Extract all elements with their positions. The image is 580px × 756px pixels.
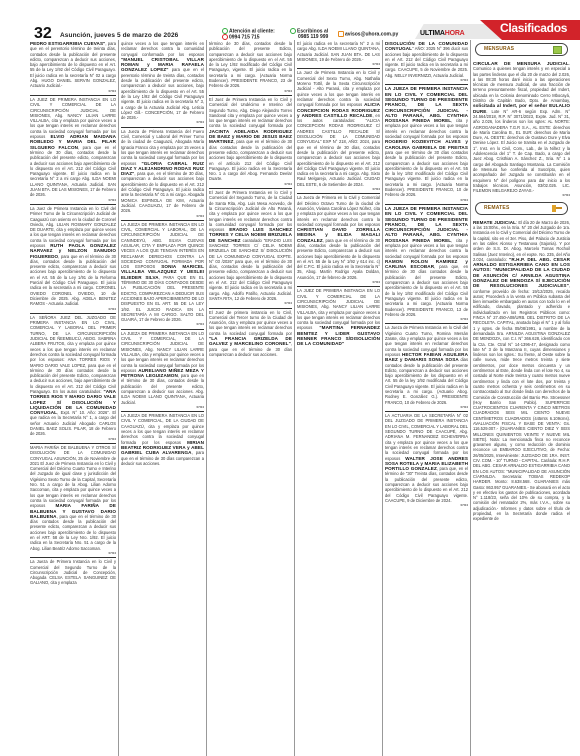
section-header-remates: REMATES xyxy=(475,202,568,215)
legal-notice: LA JUEZ DE PRIMERA INSTANCIA EN LO CIVIL… xyxy=(30,95,116,203)
column-5: DISOLUCIÓN DE LA COMUNIDAD CONYUGAL" AÑO… xyxy=(382,40,468,756)
whatsapp-icon xyxy=(290,28,296,34)
page-header: 32 Asunción, jueves 5 de marzo de 2026 A… xyxy=(0,0,580,38)
legal-notice: La Jueza de Primera en lo Civil y Comerc… xyxy=(297,193,380,285)
customer-service-contact[interactable]: Atención al cliente: 0994 715 715 xyxy=(222,28,275,41)
column-2: quince veces a los que tengan interés en… xyxy=(118,40,204,756)
page-number: 32 xyxy=(34,27,52,41)
column-6: MENSURAS CIRCULAR DE MENSURA JUDICIAL. C… xyxy=(470,40,570,756)
whatsapp-contact[interactable]: Escribinos al 0985 119 999 xyxy=(290,28,328,40)
section-title: Clasificados xyxy=(500,21,567,35)
classifieds-columns: PEDRO ESTIGARRIBIA CUEVAS", para que en … xyxy=(30,40,580,756)
auction-notice: REMATE JUDICIAL: El día 20 de Marzo de 2… xyxy=(473,219,570,522)
legal-notice: PEDRO ESTIGARRIBIA CUEVAS", para que en … xyxy=(30,40,116,94)
whatsapp-icon xyxy=(222,28,228,34)
ultimahora-logo: ULTIMAHORA xyxy=(420,30,465,37)
legal-notice: LA JUEZA DE PRIMERA INSTANCIA EN LO CIVI… xyxy=(385,84,468,203)
publication-date: Asunción, jueves 5 de marzo de 2026 xyxy=(60,32,178,39)
legal-notice: LA JUEZA DE PRIMERA INSTANCIA EN LO CIVI… xyxy=(121,220,204,328)
legal-notice: LA JUEZA DE PRIMERA INSTANCIA EN LO CIVI… xyxy=(385,204,468,323)
legal-notice: El Juez de Primera Instancia en lo Civil… xyxy=(209,188,292,307)
legal-notice: MARIA FARIÑA DE BALBUENA Y OTROS S/ DISO… xyxy=(30,443,116,556)
map-icon xyxy=(553,46,562,54)
mail-icon xyxy=(338,31,344,37)
column-4: El juicio radica en la secretaría N° 2 a… xyxy=(294,40,380,756)
legal-notice: El Juez de primera instancia en lo Civil… xyxy=(209,308,292,358)
column-3: término de 30 días, contados desde la pu… xyxy=(206,40,292,756)
legal-notice: LA JUEZA DE PRIMERA INSTANCIA EN LO CIVI… xyxy=(121,329,204,410)
legal-notice: DISOLUCIÓN DE LA COMUNIDAD CONYUGAL" AÑO… xyxy=(385,40,468,83)
legal-notice: El Juez de Primera Instancia en lo Civil… xyxy=(209,95,292,187)
gavel-icon xyxy=(552,205,562,212)
email-contact[interactable]: avisos@uhora.com.py xyxy=(338,31,398,37)
section-header-mensuras: MENSURAS xyxy=(475,43,568,56)
legal-notice: LA JUEZA DE PRIMERA INSTANCIA EN LO CIVI… xyxy=(121,411,204,466)
legal-notice: El juicio radica en la secretaría N° 2 a… xyxy=(297,40,380,67)
legal-notice: término de 30 días, contados desde la pu… xyxy=(209,40,292,94)
legal-notice: La Jueza de Primera Instancia del Fuero … xyxy=(121,127,204,219)
legal-notice: LA JUEZ DE PRIMERA INSTANCIA EN LO CIVIL… xyxy=(297,286,380,346)
legal-notice: La Jueza de Primera Instancia en lo Civi… xyxy=(385,323,468,410)
survey-notice: CIRCULAR DE MENSURA JUDICIAL. Comunico a… xyxy=(473,60,570,199)
legal-notice: LA SEÑORA JUEZ DEL JUZGADO DE PRIMERA IN… xyxy=(30,313,116,442)
legal-notice: La Jueza de Primera Instancia en lo Civi… xyxy=(30,557,116,585)
legal-notice: quince veces a los que tengan interés en… xyxy=(121,40,204,126)
legal-notice: LA ACTUARIA DE LA SECRETARÍA N° 02 DEL J… xyxy=(385,411,468,508)
column-1: PEDRO ESTIGARRIBIA CUEVAS", para que en … xyxy=(30,40,116,756)
legal-notice: La Juez de Primera Instancia en lo Civil… xyxy=(30,204,116,312)
legal-notice: La Juez de Primera Instancia en lo Civil… xyxy=(297,68,380,192)
